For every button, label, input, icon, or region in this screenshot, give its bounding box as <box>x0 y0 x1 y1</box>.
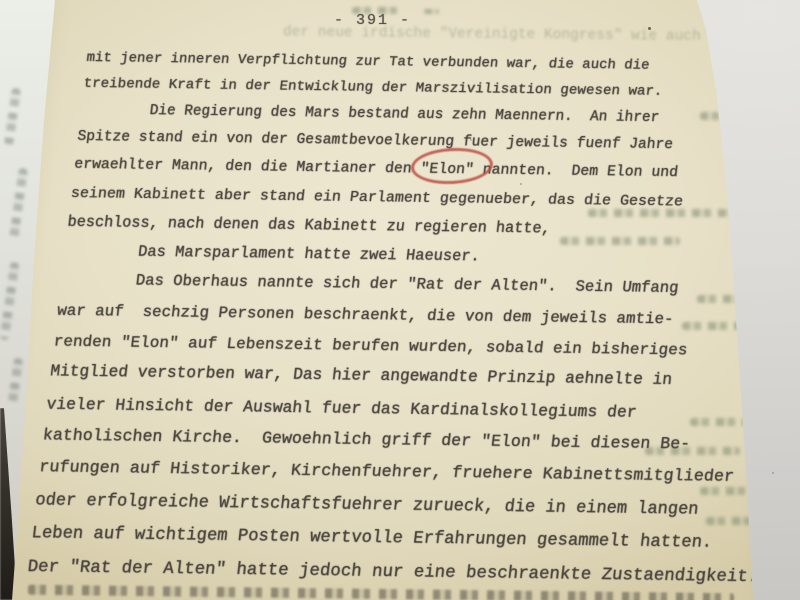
ghost-text-smudge <box>4 88 21 147</box>
photo-of-manuscript-page: - 391 - der neue irdische "Vereinigte Ko… <box>0 0 800 600</box>
ghost-text-smudge <box>424 9 439 14</box>
ghost-text-smudge <box>8 358 23 405</box>
manuscript-paper: - 391 - der neue irdische "Vereinigte Ko… <box>0 0 800 600</box>
paper-speck <box>470 139 472 141</box>
ghost-bleedthrough-line: der neue irdische "Vereinigte Kongress" … <box>283 24 763 45</box>
paper-speck <box>520 183 522 185</box>
backdrop-speck <box>772 472 774 474</box>
paper-speck <box>648 27 651 30</box>
typed-text-block: mit jener inneren Verpflichtung zur Tat … <box>25 45 787 595</box>
ghost-text-smudge <box>352 7 398 14</box>
ghost-text-smudge <box>0 262 19 340</box>
ghost-text-smudge <box>9 168 28 241</box>
